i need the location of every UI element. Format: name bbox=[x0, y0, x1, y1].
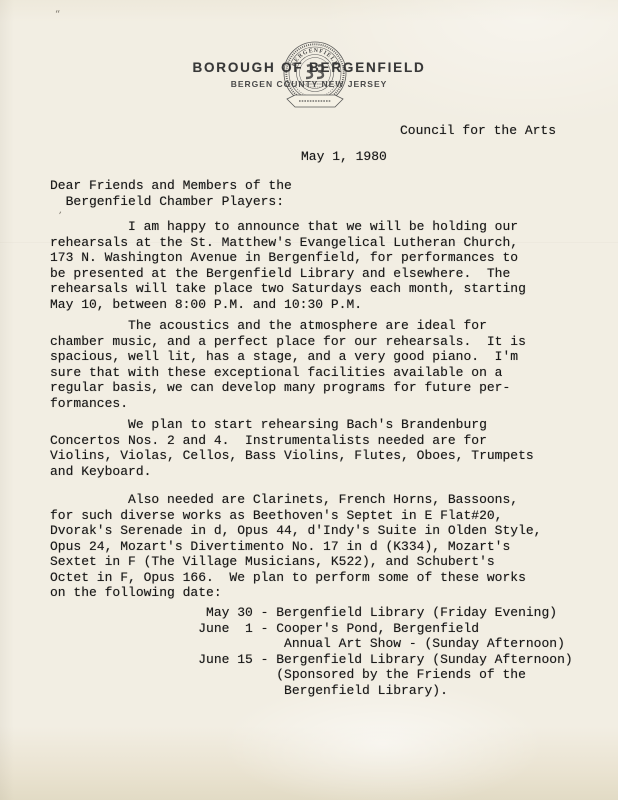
letterhead-county-line: BERGEN COUNTY NEW JERSEY bbox=[0, 79, 618, 89]
paragraph-brandenburg-concertos: We plan to start rehearsing Bach's Brand… bbox=[50, 417, 534, 479]
council-department-line: Council for the Arts bbox=[400, 123, 556, 139]
salutation: Dear Friends and Members of the Bergenfi… bbox=[50, 178, 292, 209]
letterhead-org-name: BOROUGH OF BERGENFIELD bbox=[0, 60, 618, 75]
paper-speck: “ bbox=[55, 10, 60, 20]
paragraph-acoustics: The acoustics and the atmosphere are ide… bbox=[50, 318, 526, 411]
letter-page: “ , BERGENFIELD bbox=[0, 0, 618, 800]
performance-schedule: May 30 - Bergenfield Library (Friday Eve… bbox=[50, 605, 573, 698]
paragraph-rehearsal-announcement: I am happy to announce that we will be h… bbox=[50, 219, 526, 312]
letter-date: May 1, 1980 bbox=[301, 149, 387, 165]
paragraph-also-needed: Also needed are Clarinets, French Horns,… bbox=[50, 492, 541, 601]
